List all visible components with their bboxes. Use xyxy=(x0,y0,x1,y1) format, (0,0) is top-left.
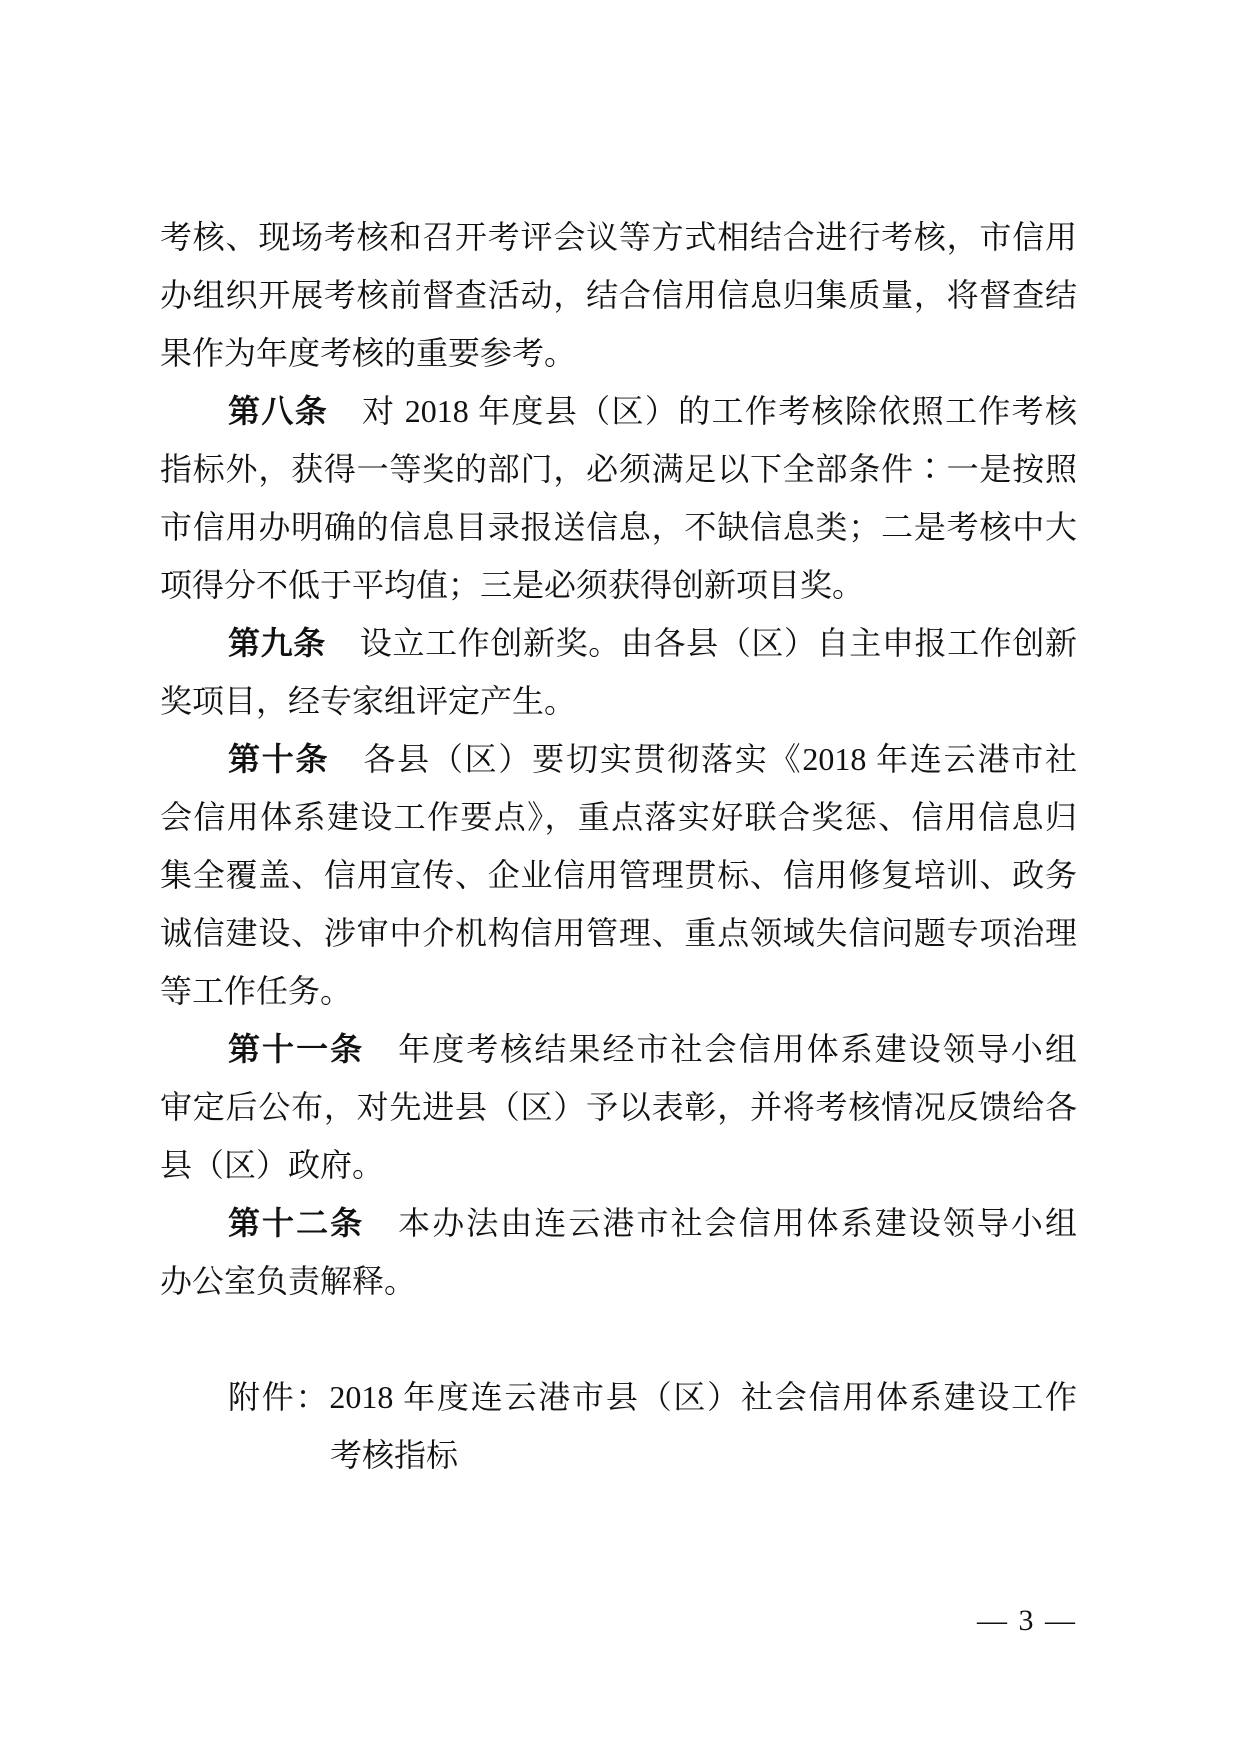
attachment-label: 附件： xyxy=(228,1379,329,1415)
text-line: 会信用体系建设工作要点》，重点落实好联合奖惩、信用信息归 xyxy=(160,788,1077,846)
text-line: 集全覆盖、信用宣传、企业信用管理贯标、信用修复培训、政务 xyxy=(160,846,1077,904)
text-line: 办组织开展考核前督查活动，结合信用信息归集质量，将督查结 xyxy=(160,266,1077,324)
text-line: 第十条各县（区）要切实贯彻落实《2018 年连云港市社 xyxy=(160,730,1077,788)
text-line: 审定后公布，对先进县（区）予以表彰，并将考核情况反馈给各 xyxy=(160,1078,1077,1136)
text-line: 第十二条本办法由连云港市社会信用体系建设领导小组 xyxy=(160,1194,1077,1252)
text-line: 附件：2018 年度连云港市县（区）社会信用体系建设工作 xyxy=(160,1368,1077,1426)
document-body: 考核、现场考核和召开考评会议等方式相结合进行考核，市信用办组织开展考核前督查活动… xyxy=(160,208,1077,1484)
text-line: 市信用办明确的信息目录报送信息，不缺信息类；二是考核中大 xyxy=(160,498,1077,556)
text-line: 诚信建设、涉审中介机构信用管理、重点领域失信问题专项治理 xyxy=(160,904,1077,962)
body-paragraph: 考核、现场考核和召开考评会议等方式相结合进行考核，市信用办组织开展考核前督查活动… xyxy=(160,208,1077,382)
text-line: 县（区）政府。 xyxy=(160,1136,1077,1194)
text-line: 项得分不低于平均值；三是必须获得创新项目奖。 xyxy=(160,556,1077,614)
clause-paragraph: 第十二条本办法由连云港市社会信用体系建设领导小组办公室负责解释。 xyxy=(160,1194,1077,1310)
clause-number: 第八条 xyxy=(228,393,328,429)
text-line: 第九条设立工作创新奖。由各县（区）自主申报工作创新 xyxy=(160,614,1077,672)
clause-paragraph: 第九条设立工作创新奖。由各县（区）自主申报工作创新奖项目，经专家组评定产生。 xyxy=(160,614,1077,730)
text-line: 办公室负责解释。 xyxy=(160,1252,1077,1310)
clause-number: 第九条 xyxy=(228,625,326,661)
text-line: 果作为年度考核的重要参考。 xyxy=(160,324,1077,382)
clause-paragraph: 第十一条年度考核结果经市社会信用体系建设领导小组审定后公布，对先进县（区）予以表… xyxy=(160,1020,1077,1194)
scanned-document-page: 考核、现场考核和召开考评会议等方式相结合进行考核，市信用办组织开展考核前督查活动… xyxy=(0,0,1241,1754)
text-line: 考核、现场考核和召开考评会议等方式相结合进行考核，市信用 xyxy=(160,208,1077,266)
text-line: 指标外，获得一等奖的部门，必须满足以下全部条件∶一是按照 xyxy=(160,440,1077,498)
clause-number: 第十二条 xyxy=(228,1205,364,1241)
text-line: 第八条对 2018 年度县（区）的工作考核除依照工作考核 xyxy=(160,382,1077,440)
clause-number: 第十一条 xyxy=(228,1031,364,1067)
text-line: 奖项目，经专家组评定产生。 xyxy=(160,672,1077,730)
text-line: 考核指标 xyxy=(160,1426,1077,1484)
attachment-note: 附件：2018 年度连云港市县（区）社会信用体系建设工作考核指标 xyxy=(160,1368,1077,1484)
text-line: 第十一条年度考核结果经市社会信用体系建设领导小组 xyxy=(160,1020,1077,1078)
page-number: — 3 — xyxy=(977,1592,1077,1650)
clause-number: 第十条 xyxy=(228,741,329,777)
clause-paragraph: 第八条对 2018 年度县（区）的工作考核除依照工作考核指标外，获得一等奖的部门… xyxy=(160,382,1077,614)
text-line: 等工作任务。 xyxy=(160,962,1077,1020)
clause-paragraph: 第十条各县（区）要切实贯彻落实《2018 年连云港市社会信用体系建设工作要点》，… xyxy=(160,730,1077,1020)
